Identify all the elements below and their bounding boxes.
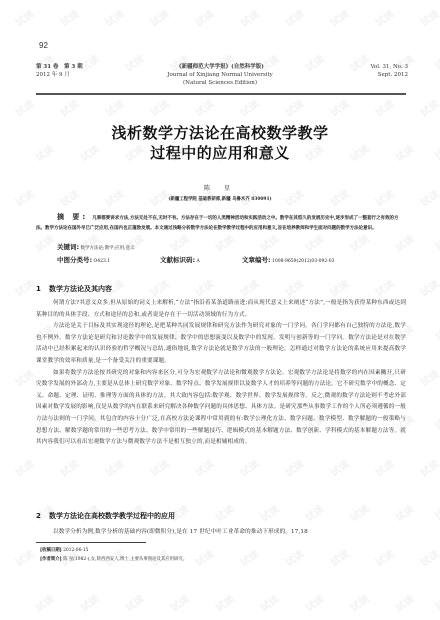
section-number: 2 — [36, 512, 49, 520]
watermark-text: 试读 — [237, 276, 262, 300]
footnotes: [收稿日期] 2012-06-15 [作者简介] 陈 星(1982-),女,陕西… — [40, 546, 187, 564]
watermark-text: 试读 — [57, 96, 82, 120]
paragraph: 方法论是关于目标及其实现途径的理论,是把某种共同发展规律和研究方法作为研究对象的… — [36, 321, 406, 367]
watermark-text: 试读 — [32, 591, 57, 615]
author-bio-value: 陈 星(1982-),女,陕西西安人,博士,主要从事图论及其应用研究。 — [63, 557, 187, 562]
watermark-text: 试读 — [147, 6, 172, 30]
clc-value: O423.1 — [94, 259, 111, 264]
author-bio-note: [作者简介] 陈 星(1982-),女,陕西西安人,博士,主要从事图论及其应用研… — [40, 555, 187, 564]
watermark-text: 试读 — [32, 231, 57, 255]
watermark-text: 试读 — [12, 6, 37, 30]
watermark-text: 试读 — [347, 51, 372, 75]
watermark-text: 试读 — [372, 6, 397, 30]
section-title: 数学方法论在高校数学教学过程中的应用 — [49, 512, 175, 520]
received-date-note: [收稿日期] 2012-06-15 — [40, 546, 187, 555]
watermark-text: 试读 — [327, 6, 352, 30]
footnote-divider — [36, 542, 146, 543]
page-number: 92 — [39, 41, 48, 50]
header-volume-info: 第 31 卷 第 3 期 2012 年 9 月 — [36, 63, 83, 79]
watermark-text: 试读 — [57, 6, 82, 30]
received-date-label: [收稿日期] — [40, 548, 62, 553]
section-heading-2: 2数学方法论在高校数学教学过程中的应用 — [36, 511, 175, 521]
watermark-text: 试读 — [102, 6, 127, 30]
watermark-text: 试读 — [417, 6, 440, 30]
watermark-text: 试读 — [192, 276, 217, 300]
watermark-text: 试读 — [302, 231, 327, 255]
watermark-text: 试读 — [167, 231, 192, 255]
section-1-body: 何谓方法?其意义众多,但从原始的词义上来解析,“方法”指沿着某条道路前进;而从现… — [36, 298, 406, 449]
watermark-text: 试读 — [432, 595, 440, 620]
paragraph: 何谓方法?其意义众多,但从原始的词义上来解析,“方法”指沿着某条道路前进;而从现… — [36, 298, 406, 321]
clc-group: 中图分类号: O423.1 — [57, 255, 160, 264]
classification-line: 中图分类号: O423.1 文献标识码: A 文章编号: 1008-9659(2… — [57, 255, 417, 264]
section-2-body: 以数学分析为例,数学分析的基础内容(即微积分),是在 17 世纪中叶工业革命的推… — [36, 527, 406, 539]
doc-code-group: 文献标识码: A — [160, 255, 242, 264]
watermark-text: 试读 — [432, 325, 440, 355]
watermark-text: 试读 — [392, 591, 417, 615]
article-author: 陈 星 — [0, 183, 440, 192]
watermark-text: 试读 — [432, 505, 440, 535]
article-no-group: 文章编号: 1008-9659(2012)03-092-03 — [242, 255, 335, 264]
watermark-text: 试读 — [192, 6, 217, 30]
journal-name-en: Journal of Xinjiang Normal University — [120, 71, 320, 79]
watermark-text: 试读 — [417, 456, 440, 480]
watermark-text: 试读 — [57, 456, 82, 480]
watermark-text: 试读 — [282, 96, 307, 120]
watermark-text: 试读 — [147, 96, 172, 120]
watermark-text: 试读 — [257, 501, 282, 525]
document-page: 92 第 31 卷 第 3 期 2012 年 9 月 《新疆师范大学学报》(自然… — [0, 0, 440, 620]
watermark-text: 试读 — [417, 276, 440, 300]
watermark-text: 试读 — [282, 456, 307, 480]
abstract-text: 凡事都要讲求方法,方法无处不在,无时不有。方法存在于一切的人类精神活动和实践活动… — [36, 216, 398, 231]
watermark-text: 试读 — [432, 235, 440, 265]
section-number: 1 — [36, 285, 49, 293]
watermark-text: 试读 — [237, 456, 262, 480]
watermark-text: 试读 — [192, 546, 217, 570]
watermark-text: 试读 — [192, 96, 217, 120]
watermark-text: 试读 — [372, 456, 397, 480]
watermark-text: 试读 — [327, 456, 352, 480]
journal-name-cn: 《新疆师范大学学报》(自然科学版) — [120, 63, 320, 71]
watermark-text: 试读 — [417, 366, 440, 390]
watermark-text: 试读 — [12, 456, 37, 480]
watermark-text: 试读 — [327, 546, 352, 570]
section-title: 数学方法论及其内容 — [49, 285, 112, 293]
journal-edition-en: (Natural Sciences Edition) — [120, 79, 320, 87]
watermark-text: 试读 — [432, 415, 440, 445]
watermark-text: 试读 — [257, 231, 282, 255]
clc-label: 中图分类号: — [57, 256, 92, 264]
watermark-text: 试读 — [347, 591, 372, 615]
watermark-text: 试读 — [192, 456, 217, 480]
watermark-text: 试读 — [147, 456, 172, 480]
watermark-text: 试读 — [372, 96, 397, 120]
keywords-label: 关键词: — [57, 243, 79, 251]
watermark-text: 试读 — [417, 96, 440, 120]
abstract: 摘 要:凡事都要讲求方法,方法无处不在,无时不有。方法存在于一切的人类精神活动和… — [36, 212, 406, 234]
article-title-line-1: 浅析数学方法论在高校数学教学 — [0, 123, 440, 143]
watermark-text: 试读 — [347, 501, 372, 525]
header-divider — [36, 93, 406, 95]
watermark-text: 试读 — [147, 276, 172, 300]
article-title-line-2: 过程中的应用和意义 — [0, 143, 440, 163]
header-volume-issue-cn: 第 31 卷 第 3 期 — [36, 63, 83, 71]
watermark-text: 试读 — [122, 591, 147, 615]
watermark-text: 试读 — [282, 6, 307, 30]
watermark-text: 试读 — [327, 96, 352, 120]
watermark-text: 试读 — [302, 501, 327, 525]
watermark-text: 试读 — [102, 456, 127, 480]
watermark-text: 试读 — [237, 546, 262, 570]
watermark-text: 试读 — [212, 501, 237, 525]
watermark-text: 试读 — [237, 6, 262, 30]
watermark-text: 试读 — [282, 546, 307, 570]
watermark-text: 试读 — [12, 366, 37, 390]
watermark-text: 试读 — [212, 591, 237, 615]
watermark-text: 试读 — [212, 231, 237, 255]
watermark-text: 试读 — [12, 96, 37, 120]
doc-code-label: 文献标识码: — [160, 256, 195, 264]
watermark-text: 试读 — [392, 231, 417, 255]
watermark-text: 试读 — [12, 276, 37, 300]
header-volume-issue-en: Vol. 31, No. 3 — [370, 63, 408, 71]
keywords-text: 数学方法论;教学;应用;意义 — [81, 246, 135, 251]
received-date-value: 2012-06-15 — [63, 548, 88, 553]
watermark-text: 试读 — [372, 276, 397, 300]
watermark-text: 试读 — [392, 501, 417, 525]
watermark-text: 试读 — [12, 546, 37, 570]
header-date-cn: 2012 年 9 月 — [36, 71, 83, 79]
author-bio-label: [作者简介] — [40, 557, 62, 562]
watermark-text: 试读 — [77, 591, 102, 615]
keywords: 关键词: 数学方法论;教学;应用;意义 — [57, 242, 135, 251]
watermark-text: 试读 — [417, 546, 440, 570]
watermark-text: 试读 — [302, 591, 327, 615]
article-no-label: 文章编号: — [242, 256, 271, 264]
watermark-text: 试读 — [282, 276, 307, 300]
doc-code-value: A — [197, 259, 200, 264]
paragraph: 如果将数学方法论按其研究的对象和内容来区分,可分为宏观数学方法论和微观数学方法论… — [36, 368, 406, 449]
abstract-label: 摘 要: — [57, 213, 88, 221]
header-volume-info-en: Vol. 31, No. 3 Sept. 2012 — [370, 63, 408, 79]
watermark-text: 试读 — [347, 231, 372, 255]
article-no-value: 1008-9659(2012)03-092-03 — [272, 259, 334, 264]
header-date-en: Sept. 2012 — [370, 71, 408, 79]
watermark-text: 试读 — [432, 55, 440, 85]
author-affiliation: (新疆工程学院 基础教研部,新疆 乌鲁木齐 830091) — [0, 196, 440, 202]
watermark-text: 试读 — [237, 96, 262, 120]
watermark-text: 试读 — [102, 96, 127, 120]
header-journal-title: 《新疆师范大学学报》(自然科学版) Journal of Xinjiang No… — [120, 63, 320, 87]
watermark-text: 试读 — [257, 591, 282, 615]
paragraph: 以数学分析为例,数学分析的基础内容(即微积分),是在 17 世纪中叶工业革命的推… — [36, 527, 406, 539]
section-heading-1: 1数学方法论及其内容 — [36, 284, 112, 294]
watermark-text: 试读 — [327, 276, 352, 300]
watermark-text: 试读 — [167, 591, 192, 615]
watermark-text: 试读 — [372, 546, 397, 570]
article-title: 浅析数学方法论在高校数学教学 过程中的应用和意义 — [0, 123, 440, 163]
